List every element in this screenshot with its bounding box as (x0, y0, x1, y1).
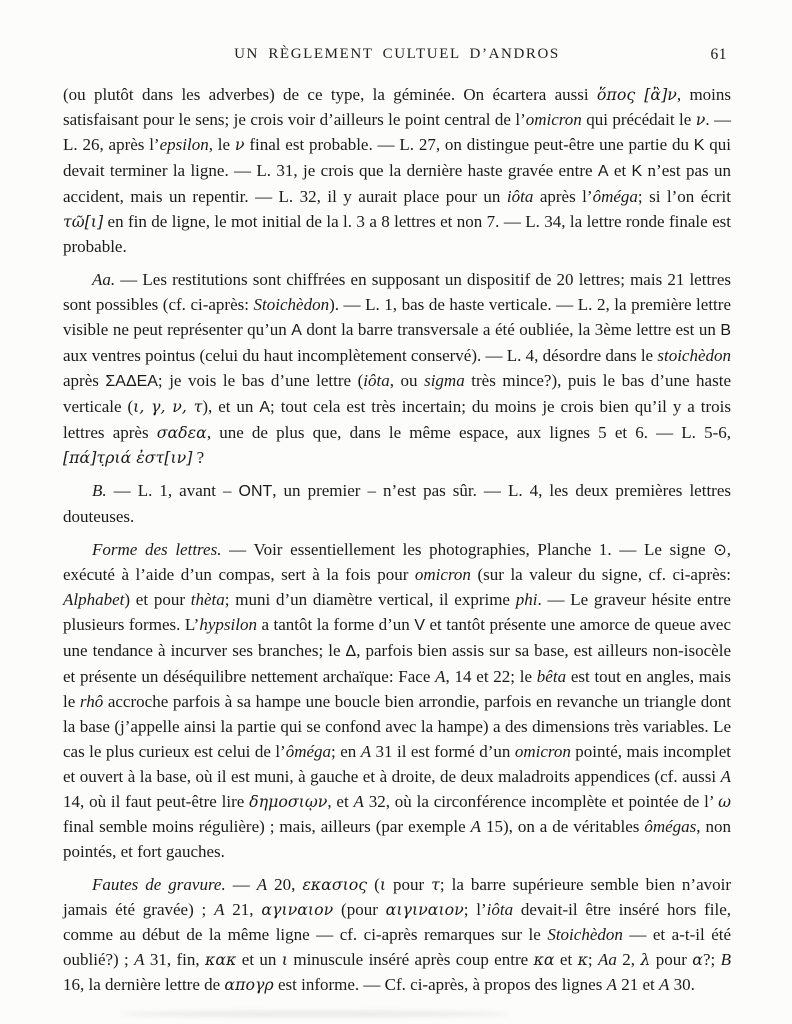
paragraph-2: Aa. — Les restitutions sont chiffrées en… (63, 267, 731, 470)
epigraphic-letters-run: ONT (239, 483, 273, 500)
text-run: 21, (224, 900, 261, 919)
italic-text-run: Alphabet (63, 590, 124, 609)
italic-text-run: rhô (80, 692, 103, 711)
epigraphic-letters-run: ΣΑΔΕΑ (105, 373, 158, 390)
text-run: — Voir essentiellement les photographies… (221, 540, 713, 559)
text-run: 30. (669, 975, 695, 994)
greek-text-run: ν (235, 135, 245, 154)
paragraph-1: (ou plutôt dans les adverbes) de ce type… (63, 82, 731, 259)
text-run: (ou plutôt dans les adverbes) de ce type… (63, 85, 597, 104)
italic-text-run: omicron (515, 742, 571, 761)
text-run: — L. 1, avant – (107, 481, 239, 500)
text-run: (pour (333, 900, 385, 919)
italic-text-run: omicron (415, 565, 471, 584)
italic-text-run: Forme des lettres. (92, 540, 221, 559)
text-run: ?; (703, 950, 721, 969)
italic-text-run: Aa (598, 950, 617, 969)
greek-text-run: απογρ (224, 975, 273, 994)
italic-text-run: epsilon (160, 135, 209, 154)
text-run: et (609, 161, 632, 180)
text-run: qui précédait le (582, 110, 696, 129)
text-run: est informe. — Cf. ci-après, à propos de… (274, 975, 607, 994)
italic-text-run: A (471, 817, 481, 836)
text-run: ; muni d’un diamètre vertical, il exprim… (225, 590, 516, 609)
italic-text-run: A (659, 975, 669, 994)
text-run: ? (192, 448, 204, 467)
italic-text-run: Fautes de gravure. (92, 875, 226, 894)
page-header: UN RÈGLEMENT CULTUEL D’ANDROS 61 (63, 46, 731, 68)
epigraphic-letters-run: A (259, 399, 270, 416)
paragraph-4: Forme des lettres. — Voir essentiellemen… (63, 537, 731, 864)
greek-text-run: [πά]τ̣ριά ἐστ[ιν] (63, 448, 192, 467)
text-run: ; (588, 950, 598, 969)
greek-text-run: ω (718, 792, 731, 811)
italic-text-run: A (721, 767, 731, 786)
text-run: 14, où il faut peut-être lire (63, 792, 249, 811)
italic-text-run: A (257, 875, 267, 894)
scanned-paper-page: UN RÈGLEMENT CULTUEL D’ANDROS 61 (ou plu… (0, 0, 792, 1024)
greek-text-run: α (692, 950, 703, 969)
text-run: pour (650, 950, 692, 969)
circled-dot-sign: ⊙ (713, 540, 727, 559)
text-run: en fin de ligne, le mot initial de la l.… (63, 212, 731, 256)
epigraphic-letters-run: B (720, 322, 731, 339)
text-run: ( (367, 875, 380, 894)
text-run: et (555, 950, 578, 969)
italic-text-run: stoichèdon (657, 346, 731, 365)
greek-text-run: κακ (205, 950, 236, 969)
text-run: 31 il est formé d’un (371, 742, 515, 761)
greek-text-run: δημοσιῳν (249, 792, 327, 811)
text-run: 21 et (617, 975, 659, 994)
paragraph-5: Fautes de gravure. — A 20, εκασιος (ι po… (63, 872, 731, 997)
text-run: 16, la dernière lettre de (63, 975, 224, 994)
italic-text-run: omicron (526, 110, 582, 129)
text-run: ), et un (202, 397, 259, 416)
epigraphic-letters-run: A (291, 322, 302, 339)
italic-text-run: thèta (191, 590, 225, 609)
greek-text-run: αιγιναιον (386, 900, 464, 919)
text-run: final est probable. — L. 27, on distingu… (245, 135, 694, 154)
text-run: après (63, 371, 105, 390)
text-run: , 14 et 22; le (446, 667, 537, 686)
text-run: ; en (331, 742, 361, 761)
text-run: , ou (390, 371, 424, 390)
text-run: 2, (617, 950, 640, 969)
italic-text-run: B. (92, 481, 107, 500)
text-run: ) et pour (124, 590, 190, 609)
text-run: ; si l’on écrit (638, 187, 731, 206)
italic-text-run: sigma (424, 371, 465, 390)
text-run: pour (386, 875, 431, 894)
scan-smudge-artifact (120, 1011, 510, 1017)
text-run: ; l’ (464, 900, 487, 919)
greek-text-run: λ (640, 950, 650, 969)
text-run: 32, où la circonférence incomplète et po… (364, 792, 718, 811)
italic-text-run: B (721, 950, 731, 969)
greek-text-run: ὅπος [ἂ]ν (597, 85, 677, 104)
italic-text-run: bêta (537, 667, 566, 686)
italic-text-run: Stoichèdon (547, 925, 623, 944)
italic-text-run: A (607, 975, 617, 994)
greek-text-run: αγιναιον (261, 900, 333, 919)
greek-text-run: κα (534, 950, 555, 969)
epigraphic-letters-run: K (694, 137, 705, 154)
italic-text-run: ômégas (644, 817, 696, 836)
italic-text-run: iôta (507, 187, 533, 206)
italic-text-run: ôméga (286, 742, 331, 761)
text-run: , une de plus que, dans le même espace, … (207, 423, 731, 442)
italic-text-run: A (361, 742, 371, 761)
italic-text-run: Aa. (92, 270, 115, 289)
text-run: dont la barre transversale a été oubliée… (302, 320, 720, 339)
greek-text-run: εκασιος (302, 875, 367, 894)
text-run: et un (236, 950, 281, 969)
page-number: 61 (711, 46, 728, 64)
text-run: (sur la valeur du signe, cf. ci-après: (471, 565, 731, 584)
epigraphic-letters-run: Δ (346, 643, 357, 660)
greek-text-run: τ (431, 875, 440, 894)
epigraphic-letters-run: A (598, 163, 609, 180)
text-run: après l’ (533, 187, 592, 206)
running-title: UN RÈGLEMENT CULTUEL D’ANDROS (63, 46, 731, 63)
italic-text-run: iôta (487, 900, 513, 919)
italic-text-run: A (435, 667, 445, 686)
greek-text-run: κ (578, 950, 588, 969)
italic-text-run: phi (516, 590, 538, 609)
italic-text-run: hypsilon (199, 615, 257, 634)
text-run: aux ventres pointus (celui du haut incom… (63, 346, 657, 365)
italic-text-run: A (354, 792, 364, 811)
greek-text-run: ν (696, 110, 706, 129)
page-body: (ou plutôt dans les adverbes) de ce type… (63, 82, 731, 1005)
text-run: minuscule inséré après coup entre (288, 950, 534, 969)
text-run: 31, fin, (145, 950, 205, 969)
text-run: 15), on a de véritables (481, 817, 644, 836)
greek-text-run: σαδεα (157, 423, 207, 442)
text-run: , le (209, 135, 235, 154)
paragraph-3: B. — L. 1, avant – ONT, un premier – n’e… (63, 478, 731, 529)
text-run: — (226, 875, 257, 894)
text-run: final semble moins régulière) ; mais, ai… (63, 817, 471, 836)
text-run: 20, (267, 875, 302, 894)
text-run: , et (327, 792, 353, 811)
text-run: a tantôt la forme d’un (257, 615, 414, 634)
epigraphic-letters-run: K (632, 163, 643, 180)
italic-text-run: A (214, 900, 224, 919)
italic-text-run: iôta (363, 371, 389, 390)
greek-text-run: τῶ[ι] (63, 212, 103, 231)
italic-text-run: ôméga (593, 187, 638, 206)
epigraphic-letters-run: V (414, 617, 425, 634)
italic-text-run: A (134, 950, 144, 969)
greek-text-run: ι, γ, ν, τ (133, 397, 202, 416)
italic-text-run: Stoichèdon (254, 295, 330, 314)
text-run: ; je vois le bas d’une lettre ( (158, 371, 363, 390)
